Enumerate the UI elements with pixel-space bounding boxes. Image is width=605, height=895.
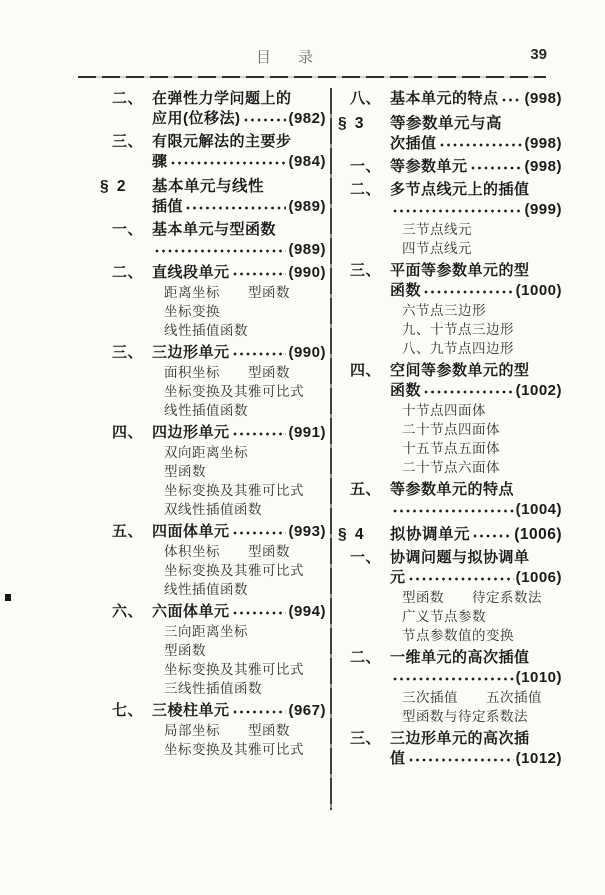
page-title: 目 录 (0, 46, 575, 67)
toc-sub-line: 广义节点参数 (338, 607, 562, 626)
toc-item-marker: 三、 (350, 261, 390, 281)
toc-entry-line: 四、空间等参数单元的型 (338, 361, 562, 381)
toc-item-marker: 一、 (350, 157, 390, 177)
toc-item-marker: 二、 (112, 89, 152, 109)
toc-left-column: 二、在弹性力学问题上的应用(位移法)(982)三、有限元解法的主要步骤(984)… (100, 86, 326, 759)
toc-item-text: 等参数单元的特点 (390, 480, 514, 500)
toc-item-text: 三边形单元 (152, 343, 230, 363)
toc-item-marker: 六、 (112, 602, 152, 622)
toc-item-text: 元 (390, 568, 406, 588)
toc-item-text: 坐标变换及其雅可比式 (164, 481, 304, 500)
toc-sub-line: 坐标变换及其雅可比式 (100, 740, 326, 759)
toc-item-text: 三棱柱单元 (152, 701, 230, 721)
dot-leader (392, 676, 514, 682)
toc-item-text: 坐标变换及其雅可比式 (164, 382, 304, 401)
toc-cont-line: 值(1012) (338, 749, 562, 769)
dot-leader (439, 142, 523, 148)
toc-page-ref: (999) (524, 200, 562, 220)
toc-sub-line: 型函数与待定系数法 (338, 707, 562, 726)
toc-sub-line: 九、十节点三边形 (338, 320, 562, 339)
toc-entry-line: 三、三边形单元的高次插 (338, 729, 562, 749)
toc-item-marker: § 2 (100, 177, 152, 197)
toc-entry-line: 三、三边形单元(990) (100, 343, 326, 363)
toc-cont-line: 函数(1002) (338, 381, 562, 401)
toc-section-line: § 3等参数单元与高 (338, 114, 562, 134)
toc-item-text: 型函数 (164, 462, 206, 481)
toc-page-ref: (967) (288, 701, 326, 721)
toc-item-text: 应用(位移法) (152, 109, 241, 129)
dot-leader (408, 576, 514, 582)
toc-item-text: 坐标变换及其雅可比式 (164, 561, 304, 580)
toc-item-marker: 二、 (350, 180, 390, 200)
toc-item-text: 四面体单元 (152, 522, 230, 542)
toc-entry-line: 二、一维单元的高次插值 (338, 648, 562, 668)
toc-item-text: 十节点四面体 (402, 401, 486, 420)
dot-leader (392, 508, 514, 514)
toc-item-text: 双线性插值函数 (164, 500, 262, 519)
toc-page: 目 录 39 二、在弹性力学问题上的应用(位移法)(982)三、有限元解法的主要… (0, 0, 605, 895)
toc-item-marker: 一、 (350, 548, 390, 568)
toc-item-text: 插值 (152, 197, 183, 217)
toc-item-marker: 三、 (112, 343, 152, 363)
dot-leader (470, 165, 523, 171)
toc-item-marker: 三、 (112, 132, 152, 152)
dot-leader (232, 351, 287, 357)
toc-right-column: 八、基本单元的特点(998)§ 3等参数单元与高次插值(998)一、等参数单元(… (338, 86, 562, 769)
toc-item-text: 八、九节点四边形 (402, 339, 514, 358)
toc-cont-line: 次插值(998) (338, 134, 562, 154)
toc-item-text: 函数 (390, 281, 421, 301)
toc-cont-line: 应用(位移法)(982) (100, 109, 326, 129)
toc-cont-line: 函数(1000) (338, 281, 562, 301)
scan-artifact (5, 594, 11, 601)
toc-item-marker: 四、 (112, 423, 152, 443)
toc-sub-line: 四节点线元 (338, 239, 562, 258)
toc-page-ref: (1002) (516, 381, 562, 401)
toc-item-text: 等参数单元与高 (390, 114, 502, 134)
toc-item-marker: 八、 (350, 89, 390, 109)
toc-page-ref: (998) (524, 134, 562, 154)
header-rule (78, 76, 546, 78)
toc-item-text: 三向距离坐标 (164, 622, 248, 641)
dot-leader (423, 389, 514, 395)
toc-page-ref: (998) (524, 157, 562, 177)
toc-item-text: 三次插值 五次插值 (402, 688, 542, 707)
dot-leader (243, 117, 287, 123)
toc-entry-line: 五、四面体单元(993) (100, 522, 326, 542)
toc-item-marker: § 3 (338, 114, 390, 134)
toc-item-text: 广义节点参数 (402, 607, 486, 626)
toc-sub-line: 型函数 待定系数法 (338, 588, 562, 607)
toc-cont-line: (1010) (338, 668, 562, 688)
toc-item-text: 距离坐标 型函数 (164, 283, 290, 302)
toc-sub-line: 型函数 (100, 641, 326, 660)
toc-entry-line: 七、三棱柱单元(967) (100, 701, 326, 721)
toc-item-text: 基本单元与型函数 (152, 220, 276, 240)
toc-item-text: 型函数 (164, 641, 206, 660)
toc-item-text: 有限元解法的主要步 (152, 132, 292, 152)
toc-sub-line: 距离坐标 型函数 (100, 283, 326, 302)
toc-item-text: 六节点三边形 (402, 301, 486, 320)
dot-leader (501, 97, 523, 103)
toc-sub-line: 线性插值函数 (100, 321, 326, 340)
dot-leader (472, 533, 512, 539)
toc-sub-line: 坐标变换及其雅可比式 (100, 382, 326, 401)
toc-entry-line: 三、有限元解法的主要步 (100, 132, 326, 152)
toc-sub-line: 十节点四面体 (338, 401, 562, 420)
toc-page-ref: (982) (288, 109, 326, 129)
toc-sub-line: 三线性插值函数 (100, 679, 326, 698)
toc-item-marker: 五、 (350, 480, 390, 500)
toc-item-text: 九、十节点三边形 (402, 320, 514, 339)
toc-entry-line: 八、基本单元的特点(998) (338, 89, 562, 109)
toc-item-text: 双向距离坐标 (164, 443, 248, 462)
toc-sub-line: 八、九节点四边形 (338, 339, 562, 358)
dot-leader (154, 248, 286, 254)
toc-item-text: 基本单元的特点 (390, 89, 499, 109)
toc-entry-line: 六、六面体单元(994) (100, 602, 326, 622)
toc-entry-line: 二、在弹性力学问题上的 (100, 89, 326, 109)
toc-item-text: 基本单元与线性 (152, 177, 264, 197)
toc-page-ref: (990) (288, 263, 326, 283)
column-divider (330, 88, 332, 810)
page-number: 39 (530, 46, 547, 63)
toc-item-text: 二十节点六面体 (402, 458, 500, 477)
toc-sub-line: 体积坐标 型函数 (100, 542, 326, 561)
toc-entry-line: 一、协调问题与拟协调单 (338, 548, 562, 568)
toc-item-marker: 七、 (112, 701, 152, 721)
toc-entry-line: 三、平面等参数单元的型 (338, 261, 562, 281)
toc-item-text: 三节点线元 (402, 220, 472, 239)
dot-leader (185, 205, 286, 211)
toc-sub-line: 线性插值函数 (100, 401, 326, 420)
toc-sub-line: 面积坐标 型函数 (100, 363, 326, 382)
toc-item-marker: 二、 (112, 263, 152, 283)
toc-item-marker: 五、 (112, 522, 152, 542)
toc-page-ref: (1012) (516, 749, 562, 769)
toc-item-text: 型函数 待定系数法 (402, 588, 542, 607)
toc-item-text: 线性插值函数 (164, 321, 248, 340)
toc-sub-line: 坐标变换及其雅可比式 (100, 660, 326, 679)
toc-item-text: 坐标变换及其雅可比式 (164, 740, 304, 759)
toc-item-text: 协调问题与拟协调单 (390, 548, 530, 568)
toc-item-marker: 四、 (350, 361, 390, 381)
toc-sub-line: 三节点线元 (338, 220, 562, 239)
toc-item-text: 六面体单元 (152, 602, 230, 622)
toc-item-text: 平面等参数单元的型 (390, 261, 530, 281)
toc-item-text: 型函数与待定系数法 (402, 707, 528, 726)
toc-item-text: 坐标变换 (164, 302, 220, 321)
toc-sub-line: 六节点三边形 (338, 301, 562, 320)
toc-item-text: 值 (390, 749, 406, 769)
toc-item-text: 节点参数值的变换 (402, 626, 514, 645)
toc-sub-line: 局部坐标 型函数 (100, 721, 326, 740)
toc-sub-line: 坐标变换及其雅可比式 (100, 561, 326, 580)
toc-page-ref: (1000) (516, 281, 562, 301)
toc-item-text: 骤 (152, 152, 168, 172)
toc-item-text: 二十节点四面体 (402, 420, 500, 439)
toc-item-text: 十五节点五面体 (402, 439, 500, 458)
toc-cont-line: 插值(989) (100, 197, 326, 217)
toc-item-text: 面积坐标 型函数 (164, 363, 290, 382)
toc-item-text: 三线性插值函数 (164, 679, 262, 698)
toc-page-ref: (994) (288, 602, 326, 622)
toc-item-text: 线性插值函数 (164, 401, 248, 420)
toc-cont-line: 元(1006) (338, 568, 562, 588)
toc-sub-line: 双向距离坐标 (100, 443, 326, 462)
dot-leader (423, 289, 514, 295)
toc-item-text: 拟协调单元 (390, 525, 470, 545)
toc-item-marker: § 4 (338, 525, 390, 545)
toc-section-line: § 4拟协调单元(1006) (338, 525, 562, 545)
toc-sub-line: 二十节点六面体 (338, 458, 562, 477)
toc-item-text: 四节点线元 (402, 239, 472, 258)
toc-item-text: 在弹性力学问题上的 (152, 89, 292, 109)
toc-page-ref: (993) (288, 522, 326, 542)
toc-entry-line: 一、基本单元与型函数 (100, 220, 326, 240)
toc-sub-line: 三向距离坐标 (100, 622, 326, 641)
toc-entry-line: 一、等参数单元(998) (338, 157, 562, 177)
toc-item-marker: 一、 (112, 220, 152, 240)
toc-entry-line: 二、多节点线元上的插值 (338, 180, 562, 200)
dot-leader (232, 271, 287, 277)
toc-item-text: 三边形单元的高次插 (390, 729, 530, 749)
toc-sub-line: 二十节点四面体 (338, 420, 562, 439)
toc-page-ref: (989) (288, 197, 326, 217)
toc-item-marker: 三、 (350, 729, 390, 749)
toc-sub-line: 坐标变换 (100, 302, 326, 321)
toc-page-ref: (989) (288, 240, 326, 260)
dot-leader (408, 757, 514, 763)
toc-entry-line: 五、等参数单元的特点 (338, 480, 562, 500)
dot-leader (392, 208, 522, 214)
toc-sub-line: 双线性插值函数 (100, 500, 326, 519)
toc-page-ref: (998) (524, 89, 562, 109)
toc-item-text: 等参数单元 (390, 157, 468, 177)
toc-sub-line: 节点参数值的变换 (338, 626, 562, 645)
toc-entry-line: 四、四边形单元(991) (100, 423, 326, 443)
toc-sub-line: 型函数 (100, 462, 326, 481)
toc-item-text: 一维单元的高次插值 (390, 648, 530, 668)
toc-item-text: 线性插值函数 (164, 580, 248, 599)
toc-cont-line: (1004) (338, 500, 562, 520)
toc-cont-line: (999) (338, 200, 562, 220)
toc-cont-line: (989) (100, 240, 326, 260)
toc-item-marker: 二、 (350, 648, 390, 668)
toc-item-text: 体积坐标 型函数 (164, 542, 290, 561)
toc-entry-line: 二、直线段单元(990) (100, 263, 326, 283)
toc-page-ref: (1004) (516, 500, 562, 520)
toc-page-ref: (990) (288, 343, 326, 363)
toc-item-text: 次插值 (390, 134, 437, 154)
toc-item-text: 坐标变换及其雅可比式 (164, 660, 304, 679)
toc-item-text: 直线段单元 (152, 263, 230, 283)
toc-item-text: 四边形单元 (152, 423, 230, 443)
dot-leader (232, 709, 287, 715)
toc-page-ref: (984) (288, 152, 326, 172)
toc-item-text: 函数 (390, 381, 421, 401)
toc-item-text: 多节点线元上的插值 (390, 180, 530, 200)
toc-cont-line: 骤(984) (100, 152, 326, 172)
dot-leader (232, 431, 287, 437)
toc-page-ref: (1010) (516, 668, 562, 688)
dot-leader (232, 610, 287, 616)
toc-page-ref: (1006) (516, 568, 562, 588)
toc-sub-line: 三次插值 五次插值 (338, 688, 562, 707)
toc-page-ref: (1006) (514, 525, 562, 545)
toc-sub-line: 十五节点五面体 (338, 439, 562, 458)
toc-item-text: 空间等参数单元的型 (390, 361, 530, 381)
toc-sub-line: 坐标变换及其雅可比式 (100, 481, 326, 500)
toc-section-line: § 2基本单元与线性 (100, 177, 326, 197)
dot-leader (232, 530, 287, 536)
dot-leader (170, 160, 287, 166)
toc-page-ref: (991) (288, 423, 326, 443)
toc-sub-line: 线性插值函数 (100, 580, 326, 599)
toc-item-text: 局部坐标 型函数 (164, 721, 290, 740)
